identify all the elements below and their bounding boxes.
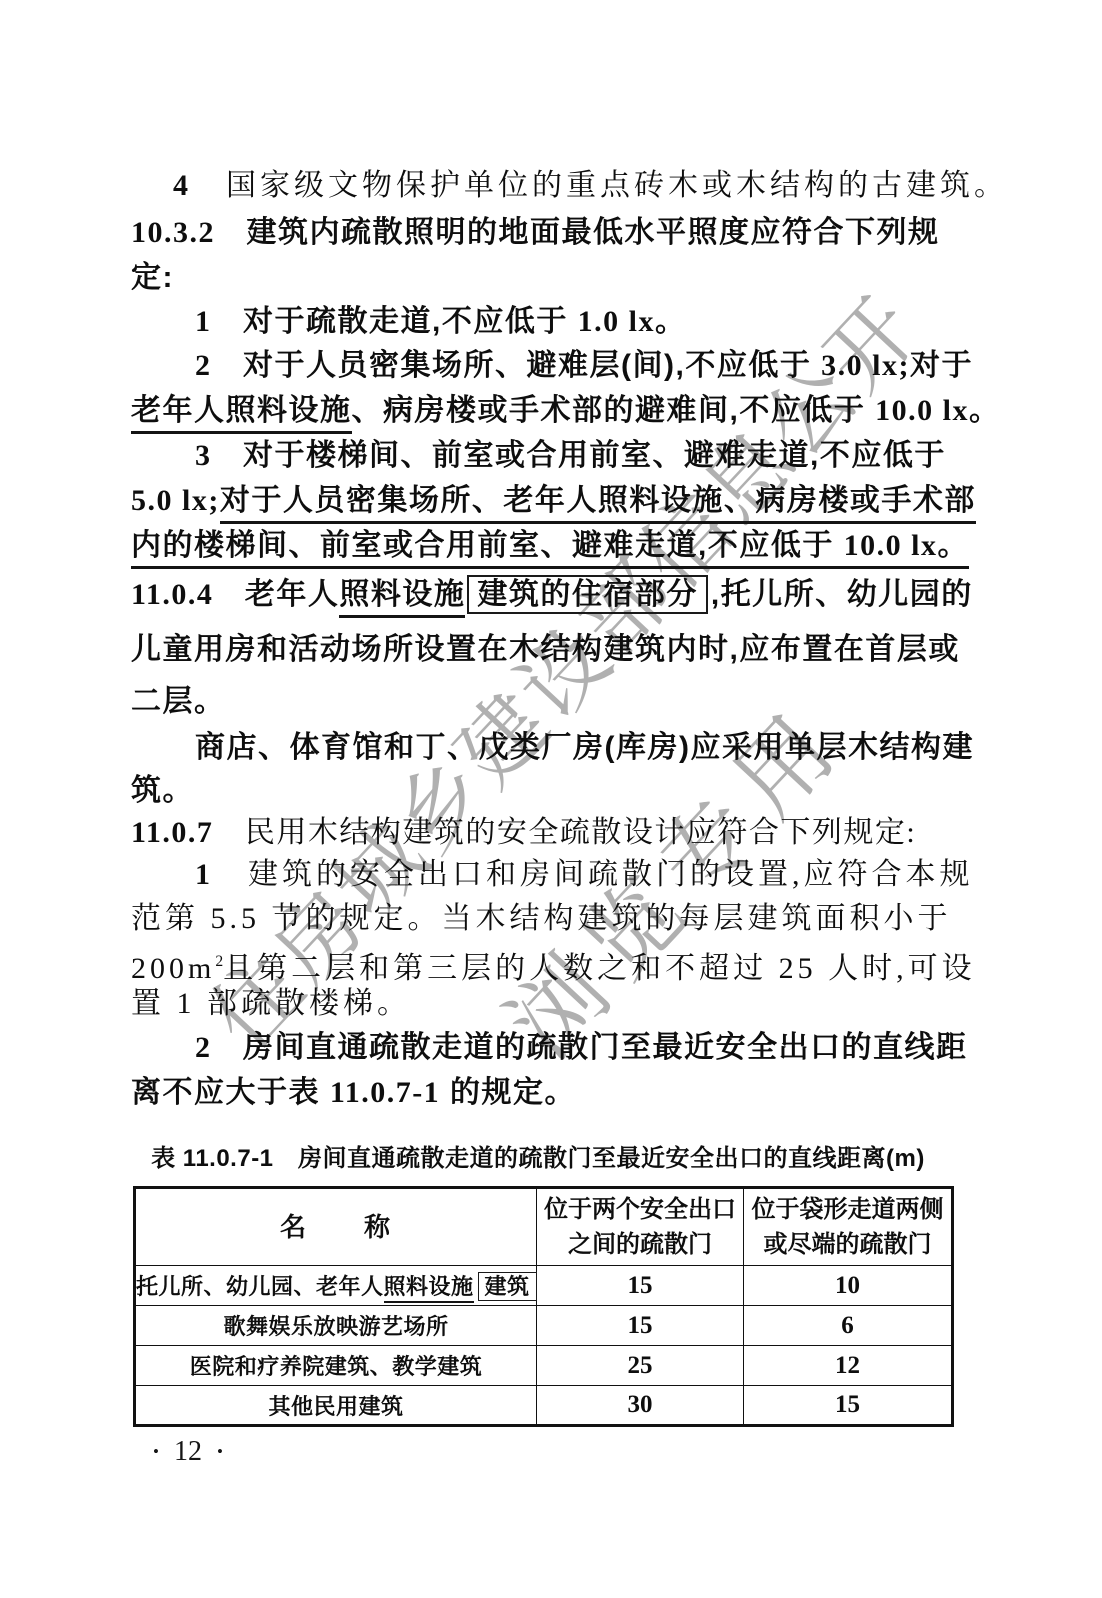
text-segment: 商店、体育馆和丁、戊类厂房(库房)应采用单层木结构建: [195, 731, 974, 764]
text-line-13: 商店、体育馆和丁、戊类厂房(库房)应采用单层木结构建: [131, 726, 945, 770]
dead-end-value-cell: 6: [744, 1306, 953, 1346]
text-segment: 歌舞娱乐放映游艺场所: [223, 1314, 448, 1339]
col-dead-end-header-line1: 位于袋形走道两侧: [744, 1192, 951, 1227]
footer-dot-left: •: [153, 1436, 159, 1468]
text-line-5: 2 对于人员密集场所、避难层(间),不应低于 3.0 lx;对于: [131, 344, 945, 388]
underlined-text: 内的楼梯间、前室或合用前室、避难走道,不应低于: [131, 529, 844, 569]
col-dead-end-header-line2: 或尽端的疏散门: [744, 1227, 951, 1262]
text-segment: 建筑的安全出口和房间疏散门的设置,应符合本规: [214, 858, 974, 891]
footer-dot-right: •: [217, 1436, 223, 1468]
text-segment: 国家级文物保护单位的重点砖木或木结构的古建筑。: [192, 169, 1008, 202]
text-line-12: 二层。: [131, 677, 945, 726]
underlined-text: 照料设施: [384, 1274, 474, 1303]
col-two-exits-header-line1: 位于两个安全出口: [537, 1192, 743, 1227]
text-line-11: 儿童用房和活动场所设置在木结构建筑内时,应布置在首层或: [131, 622, 945, 677]
text-segment: 定:: [131, 261, 174, 294]
col-two-exits-header-line2: 之间的疏散门: [537, 1227, 743, 1262]
row-name-cell: 歌舞娱乐放映游艺场所: [135, 1306, 537, 1346]
text-segment: 4: [173, 169, 192, 202]
text-segment: 二层。: [131, 685, 226, 718]
text-segment: 房间直通疏散走道的疏散门至最近安全出口的直线距: [212, 1031, 968, 1064]
distance-table: 名 称 位于两个安全出口 之间的疏散门 位于袋形走道两侧 或尽端的疏散门 托儿所…: [133, 1186, 954, 1427]
text-segment: 1: [195, 858, 214, 891]
text-segment: 托儿所、幼儿园、老年人: [136, 1274, 384, 1299]
text-segment: 3: [195, 439, 212, 472]
text-segment: 对于疏散走道,不应低于: [212, 305, 578, 338]
text-line-3: 定:: [131, 256, 945, 300]
text-segment: 10.3.2: [131, 216, 215, 249]
underlined-text: 对于人员密集场所、老年人照料设施、病房楼或手术部: [220, 484, 976, 524]
text-segment: 、病房楼或手术部的避难间,不应低于: [352, 394, 876, 427]
text-line-21: 离不应大于表 11.0.7-1 的规定。: [131, 1071, 945, 1115]
dead-end-value-cell: 10: [744, 1266, 953, 1306]
underlined-text: 照料设施: [339, 578, 465, 618]
text-line-15: 11.0.7 民用木结构建筑的安全疏散设计应符合下列规定:: [131, 812, 945, 853]
table-row-1: 托儿所、幼儿园、老年人照料设施建筑1510: [135, 1266, 953, 1306]
page-footer: • 12 •: [153, 1436, 223, 1468]
table-row-3: 医院和疗养院建筑、教学建筑2512: [135, 1346, 953, 1386]
text-segment: 其他民用建筑: [268, 1394, 403, 1419]
text-line-14: 筑。: [131, 770, 945, 812]
text-line-18: 200m2且第二层和第三层的人数之和不超过 25 人时,可设: [131, 940, 945, 983]
text-segment: 离不应大于表: [131, 1076, 330, 1109]
text-line-16: 1 建筑的安全出口和房间疏散门的设置,应符合本规: [131, 853, 945, 897]
text-line-7: 3 对于楼梯间、前室或合用前室、避难走道,不应低于: [131, 433, 945, 479]
text-line-17: 范第 5.5 节的规定。当木结构建筑的每层建筑面积小于: [131, 897, 945, 940]
dead-end-value-cell: 12: [744, 1346, 953, 1386]
text-segment: 对于楼梯间、前室或合用前室、避难走道,不应低于: [212, 439, 946, 472]
col-name-header: 名 称: [135, 1188, 537, 1266]
text-segment: 筑。: [131, 774, 194, 807]
underlined-text: 老年人照料设施: [131, 394, 352, 434]
text-segment: 的规定。: [440, 1076, 576, 1109]
text-segment: 且第二层和第三层的人数之和不超过 25 人时,可设: [223, 952, 976, 985]
page-number: 12: [174, 1436, 202, 1468]
col-dead-end-header: 位于袋形走道两侧 或尽端的疏散门: [744, 1188, 953, 1266]
text-segment: 200m: [131, 952, 215, 985]
text-segment: 1: [195, 305, 212, 338]
text-segment: ,托儿所、幼儿园的: [711, 578, 973, 611]
text-segment: 1.0 lx: [578, 305, 655, 338]
row-name-cell: 医院和疗养院建筑、教学建筑: [135, 1346, 537, 1386]
row-name-cell: 托儿所、幼儿园、老年人照料设施建筑: [135, 1266, 537, 1306]
two-exits-value-cell: 30: [537, 1386, 744, 1426]
row-name-cell: 其他民用建筑: [135, 1386, 537, 1426]
table-row-4: 其他民用建筑3015: [135, 1386, 953, 1426]
col-two-exits-header: 位于两个安全出口 之间的疏散门: [537, 1188, 744, 1266]
document-page: 住房城乡建设部信息公开 浏览专用 4 国家级文物保护单位的重点砖木或木结构的古建…: [0, 0, 1102, 1598]
text-segment: 对于: [910, 349, 973, 382]
text-segment: 民用木结构建筑的安全疏散设计应符合下列规定:: [213, 816, 916, 849]
text-segment: 2: [195, 1031, 212, 1064]
text-line-8: 5.0 lx;对于人员密集场所、老年人照料设施、病房楼或手术部: [131, 479, 945, 523]
text-segment: 对于人员密集场所、避难层(间),不应低于: [212, 349, 822, 382]
text-line-9: 内的楼梯间、前室或合用前室、避难走道,不应低于 10.0 lx。: [131, 523, 945, 568]
table-row-2: 歌舞娱乐放映游艺场所156: [135, 1306, 953, 1346]
two-exits-value-cell: 25: [537, 1346, 744, 1386]
text-segment: 儿童用房和活动场所设置在木结构建筑内时,应布置在首层或: [131, 633, 960, 666]
table-wrapper: 名 称 位于两个安全出口 之间的疏散门 位于袋形走道两侧 或尽端的疏散门 托儿所…: [133, 1186, 954, 1427]
text-line-6: 老年人照料设施、病房楼或手术部的避难间,不应低于 10.0 lx。: [131, 388, 945, 433]
text-segment: 10.0 lx: [875, 394, 969, 427]
two-exits-value-cell: 15: [537, 1266, 744, 1306]
text-line-4: 1 对于疏散走道,不应低于 1.0 lx。: [131, 300, 945, 344]
text-line-10: 11.0.4 老年人照料设施建筑的住宿部分,托儿所、幼儿园的: [131, 568, 945, 622]
text-segment: 医院和疗养院建筑、教学建筑: [190, 1354, 483, 1379]
boxed-insertion-text: 建筑的住宿部分: [467, 575, 708, 614]
col-name-header-label: 名 称: [136, 1210, 536, 1245]
text-segment: 。: [969, 394, 1001, 427]
text-segment: 11.0.7-1: [330, 1076, 440, 1109]
dead-end-value-cell: 15: [744, 1386, 953, 1426]
underlined-text: 。: [938, 529, 970, 569]
text-segment: 11.0.7: [131, 816, 213, 849]
underlined-text: 10.0 lx: [844, 529, 938, 569]
table-caption: 表 11.0.7-1 房间直通疏散走道的疏散门至最近安全出口的直线距离(m): [131, 1138, 945, 1173]
boxed-insertion-text: 建筑: [478, 1272, 537, 1301]
two-exits-value-cell: 15: [537, 1306, 744, 1346]
text-line-1: 4 国家级文物保护单位的重点砖木或木结构的古建筑。: [131, 162, 945, 210]
text-segment: 建筑内疏散照明的地面最低水平照度应符合下列规: [215, 216, 940, 249]
text-line-19: 置 1 部疏散楼梯。: [131, 983, 945, 1025]
text-segment: 5.0 lx;: [131, 484, 220, 517]
document-content: 4 国家级文物保护单位的重点砖木或木结构的古建筑。10.3.2 建筑内疏散照明的…: [131, 162, 945, 1115]
text-segment: 3.0 lx;: [821, 349, 910, 382]
text-segment: 老年人: [213, 578, 339, 611]
text-segment: 范第 5.5 节的规定。当木结构建筑的每层建筑面积小于: [131, 902, 952, 935]
text-line-20: 2 房间直通疏散走道的疏散门至最近安全出口的直线距: [131, 1025, 945, 1071]
text-segment: 置 1 部疏散楼梯。: [131, 987, 411, 1020]
text-segment: 。: [655, 305, 687, 338]
text-segment: 2: [195, 349, 212, 382]
text-segment: 11.0.4: [131, 578, 213, 611]
table-header-row: 名 称 位于两个安全出口 之间的疏散门 位于袋形走道两侧 或尽端的疏散门: [135, 1188, 953, 1266]
text-line-2: 10.3.2 建筑内疏散照明的地面最低水平照度应符合下列规: [131, 210, 945, 256]
text-segment: 2: [215, 953, 223, 970]
